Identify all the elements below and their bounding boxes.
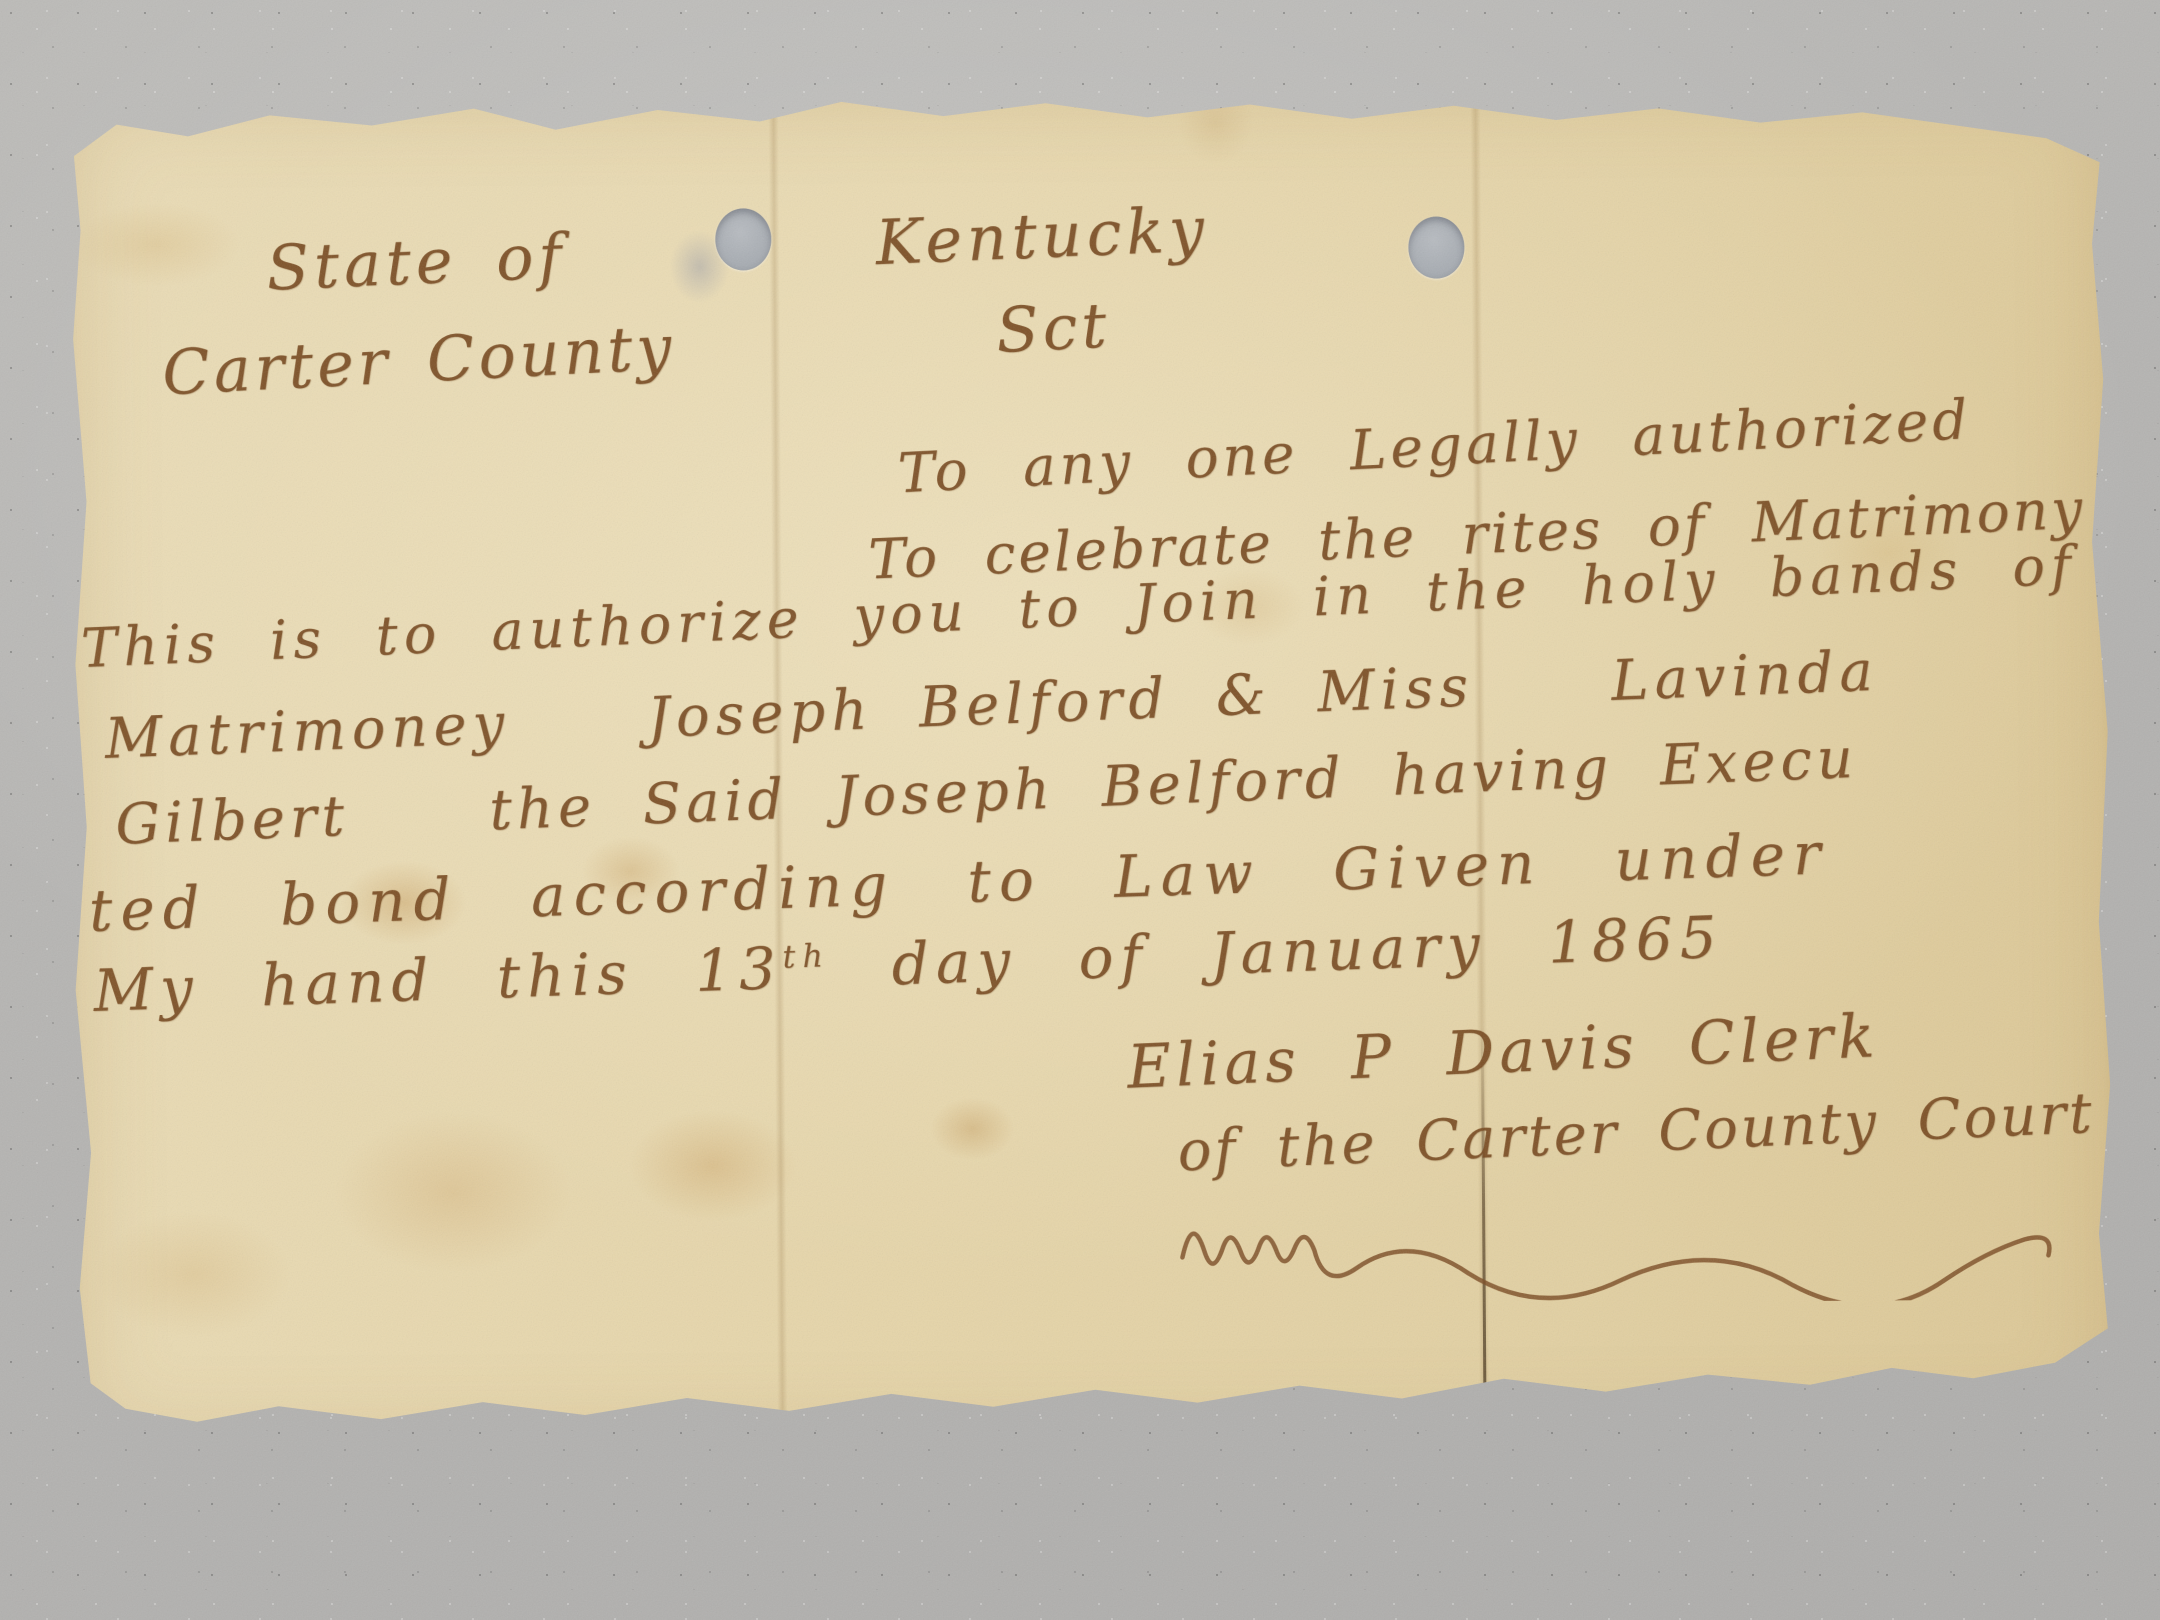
signature-flourish xyxy=(1168,1179,2119,1306)
document-paper: State of Kentucky Carter County Sct To a… xyxy=(65,81,2116,1451)
punch-hole-right xyxy=(1408,216,1464,278)
line-carter-county-sct: Carter County Sct xyxy=(160,289,1112,410)
date-ordinal-superscript: th xyxy=(782,936,831,976)
line-clerk-signature: Elias P Davis Clerk xyxy=(1126,1001,1881,1102)
photo-background: State of Kentucky Carter County Sct To a… xyxy=(0,0,2160,1620)
date-text-post: day of January 1865 xyxy=(829,903,1725,1001)
date-text-pre: My hand this 13 xyxy=(92,934,784,1025)
line-court-name: of the Carter County Court xyxy=(1176,1081,2095,1184)
